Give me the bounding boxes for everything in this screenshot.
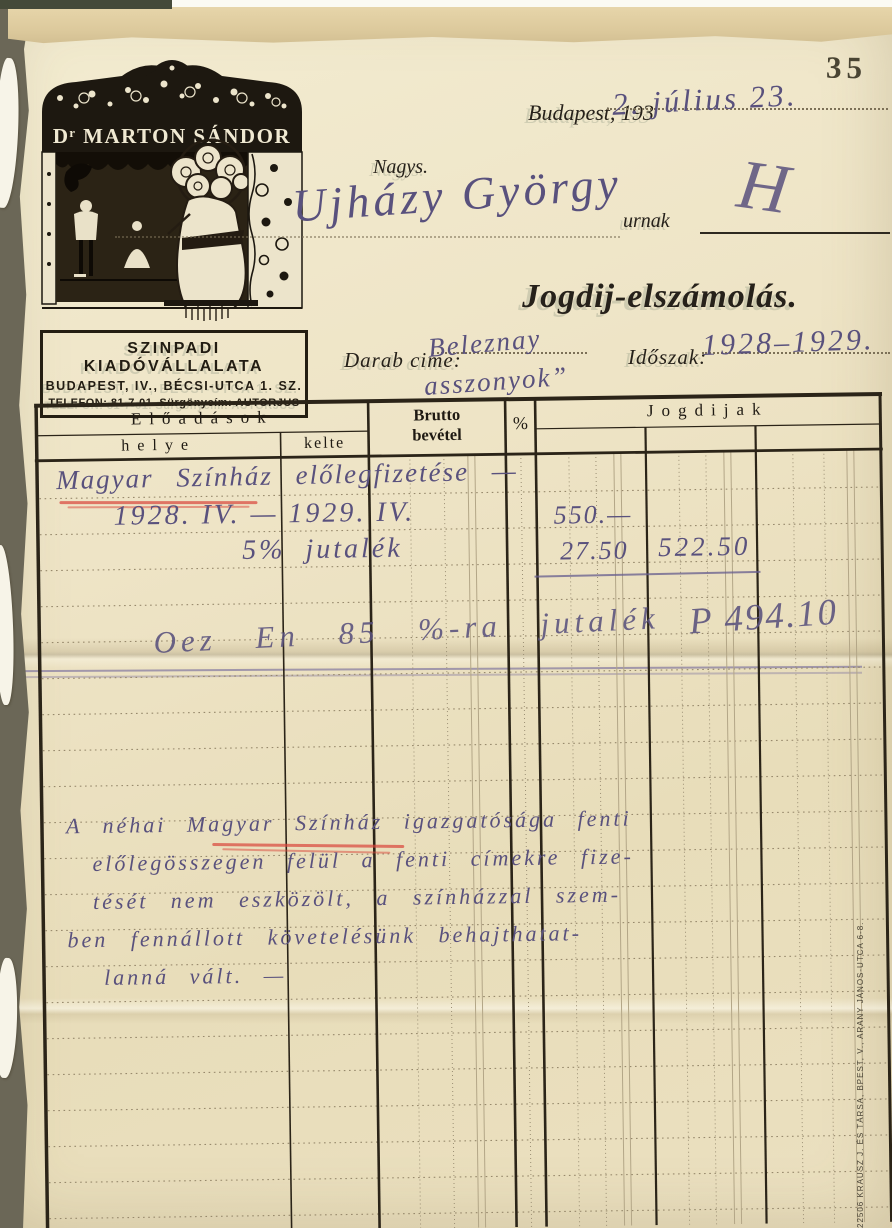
header-percent: %	[505, 413, 535, 434]
addressee-blank	[115, 236, 620, 238]
ledger-table: Előadások helye kelte Brutto bevétel % J…	[0, 390, 892, 1228]
darab-cime-value-1: Beleznay	[427, 323, 543, 364]
letterhead-name: Dʳ MARTON SÁNDOR	[53, 124, 291, 148]
entry-line3: 5% jutalék	[242, 533, 403, 567]
header-brutto: Brutto bevétel	[368, 404, 506, 446]
idoszak-label: Időszak:	[628, 345, 707, 370]
idoszak-value: 1928–1929.	[701, 323, 875, 363]
header-kelte: kelte	[281, 434, 369, 453]
page-number-stamp: 35	[826, 50, 868, 87]
letterhead-company: SZINPADI KIADÓVÁLLALATA	[45, 340, 303, 376]
urnak-line	[700, 232, 890, 234]
letterhead-illustration: Dʳ MARTON SÁNDOR	[36, 54, 308, 330]
top-left-dark-corner	[0, 0, 172, 9]
amount-52250: 522.50	[658, 531, 751, 563]
header-helye: helye	[37, 435, 281, 456]
entry-line2: 1928. IV. — 1929. IV.	[113, 496, 415, 532]
document-title: Jogdij-elszámolás.	[470, 278, 850, 316]
printer-mark: 22506 KRAUSZ J. ÉS TÁRSA, BPEST, V., ARA…	[856, 1052, 865, 1228]
amount-brutto-550: 550.—	[553, 499, 632, 530]
document-page: Dʳ MARTON SÁNDOR	[0, 0, 892, 1228]
amount-2750: 27.50	[560, 536, 629, 567]
flourish-mark: H	[733, 145, 794, 231]
addressee-name-handwritten: Ujházy György	[291, 157, 624, 233]
urnak-label: urnak	[623, 210, 670, 233]
letterhead-address: BUDAPEST, IV., BÉCSI-UTCA 1. SZ.	[45, 379, 303, 393]
dateline-handwritten: 2. július 23.	[611, 77, 798, 123]
top-white-sliver	[158, 0, 892, 7]
paragraph-line-5: lanná vált. —	[104, 962, 287, 991]
